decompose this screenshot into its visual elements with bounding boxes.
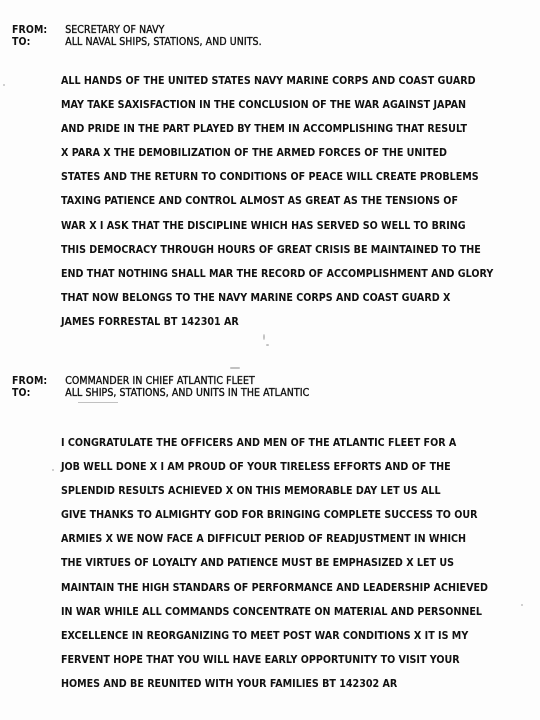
scan-artifact [78,402,118,403]
message-1-line: ALL HANDS OF THE UNITED STATES NAVY MARI… [61,69,493,93]
message-1-line: THAT NOW BELONGS TO THE NAVY MARINE CORP… [61,286,493,310]
scan-artifact [266,344,269,346]
from-label: FROM: [12,375,65,387]
message-1-header: FROM: SECRETARY OF NAVY TO: ALL NAVAL SH… [12,24,262,47]
message-1-line: STATES AND THE RETURN TO CONDITIONS OF P… [61,165,493,189]
message-2-line: I CONGRATULATE THE OFFICERS AND MEN OF T… [61,431,493,455]
message-1-from-row: FROM: SECRETARY OF NAVY [12,24,262,36]
scan-artifact [3,84,5,86]
message-2-line: EXCELLENCE IN REORGANIZING TO MEET POST … [61,624,493,648]
scanned-document-page: FROM: SECRETARY OF NAVY TO: ALL NAVAL SH… [0,0,540,720]
message-1-line: WAR X I ASK THAT THE DISCIPLINE WHICH HA… [61,214,493,238]
message-1-line: THIS DEMOCRACY THROUGH HOURS OF GREAT CR… [61,238,493,262]
message-2-line: THE VIRTUES OF LOYALTY AND PATIENCE MUST… [61,551,493,575]
message-2-line: HOMES AND BE REUNITED WITH YOUR FAMILIES… [61,672,493,696]
message-1-line: AND PRIDE IN THE PART PLAYED BY THEM IN … [61,117,493,141]
message-1-to-row: TO: ALL NAVAL SHIPS, STATIONS, AND UNITS… [12,36,262,48]
message-2-recipient: ALL SHIPS, STATIONS, AND UNITS IN THE AT… [65,387,309,399]
message-2-to-row: TO: ALL SHIPS, STATIONS, AND UNITS IN TH… [12,387,309,399]
from-label: FROM: [12,24,65,36]
scan-artifact [521,604,523,606]
message-1-body: ALL HANDS OF THE UNITED STATES NAVY MARI… [61,69,493,334]
message-2-line: FERVENT HOPE THAT YOU WILL HAVE EARLY OP… [61,648,493,672]
message-1-line: TAXING PATIENCE AND CONTROL ALMOST AS GR… [61,189,493,213]
message-1-line: MAY TAKE SAXISFACTION IN THE CONCLUSION … [61,93,493,117]
message-1-sender: SECRETARY OF NAVY [65,24,164,36]
message-1-line: END THAT NOTHING SHALL MAR THE RECORD OF… [61,262,493,286]
to-label: TO: [12,387,65,399]
scan-artifact [52,469,54,471]
message-2-line: JOB WELL DONE X I AM PROUD OF YOUR TIREL… [61,455,493,479]
to-label: TO: [12,36,65,48]
message-2-sender: COMMANDER IN CHIEF ATLANTIC FLEET [65,375,255,387]
scan-artifact [230,367,240,369]
scan-artifact [263,334,265,340]
message-2-line: MAINTAIN THE HIGH STANDARS OF PERFORMANC… [61,576,493,600]
message-2-body: I CONGRATULATE THE OFFICERS AND MEN OF T… [61,431,493,696]
message-1-line: X PARA X THE DEMOBILIZATION OF THE ARMED… [61,141,493,165]
message-2-from-row: FROM: COMMANDER IN CHIEF ATLANTIC FLEET [12,375,309,387]
message-2-line: IN WAR WHILE ALL COMMANDS CONCENTRATE ON… [61,600,493,624]
message-1-signature: JAMES FORRESTAL BT 142301 AR [61,310,493,334]
message-2-line: SPLENDID RESULTS ACHIEVED X ON THIS MEMO… [61,479,493,503]
message-2-header: FROM: COMMANDER IN CHIEF ATLANTIC FLEET … [12,375,309,398]
message-2-line: ARMIES X WE NOW FACE A DIFFICULT PERIOD … [61,527,493,551]
message-1-recipient: ALL NAVAL SHIPS, STATIONS, AND UNITS. [65,36,262,48]
message-2-line: GIVE THANKS TO ALMIGHTY GOD FOR BRINGING… [61,503,493,527]
